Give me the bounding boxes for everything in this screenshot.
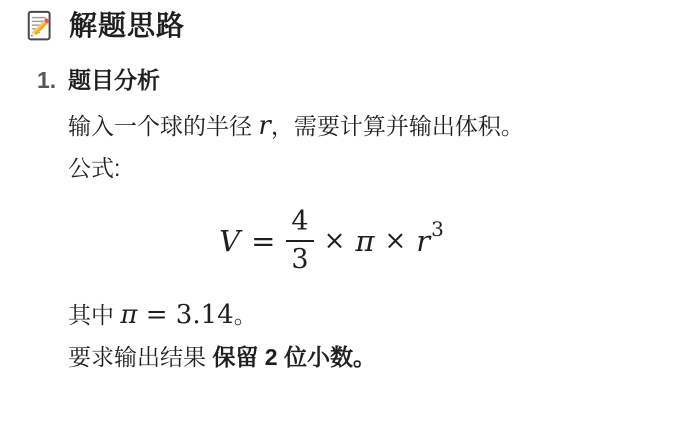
paragraph-formula-label: 公式: (68, 153, 595, 183)
list-marker: 1. (25, 66, 68, 384)
text-after-var: ，需要计算并输出体积。 (271, 113, 524, 139)
page-title: 解题思路 (69, 7, 185, 45)
fraction-numerator: 4 (286, 207, 313, 242)
times-sign: × (324, 226, 346, 256)
formula-base-r: r (416, 224, 430, 258)
paragraph-pi-value: 其中 π = 3.14。 (68, 300, 595, 330)
section-header: 解题思路 (25, 7, 697, 45)
memo-icon (25, 8, 55, 44)
item-heading: 题目分析 (68, 66, 595, 94)
formula-lhs: V (219, 224, 240, 258)
pi-value: = 3.14 (137, 300, 233, 330)
paragraph-requirement: 要求输出结果 保留 2 位小数。 (68, 342, 595, 372)
fraction-denominator: 3 (291, 242, 308, 275)
problem-analysis-content: 题目分析 输入一个球的半径 r，需要计算并输出体积。 公式: V = 4 3 ×… (68, 66, 595, 384)
text-before-pi: 其中 (68, 302, 120, 328)
formula-exponent: 3 (431, 217, 444, 241)
text-before-var: 输入一个球的半径 (68, 113, 258, 139)
text-after-pi: 。 (234, 302, 257, 328)
math-var-r: r (258, 111, 270, 141)
formula-row: V = 4 3 × π × r 3 (219, 207, 444, 274)
requirement-normal: 要求输出结果 (68, 344, 212, 370)
paragraph-radius: 输入一个球的半径 r，需要计算并输出体积。 (68, 111, 595, 141)
pi-inline: π (120, 300, 137, 330)
pi-symbol: π (355, 224, 374, 258)
equals-sign: = (251, 224, 275, 258)
times-sign: × (384, 226, 406, 256)
requirement-bold: 保留 2 位小数。 (212, 344, 376, 370)
document: 解题思路 1. 题目分析 输入一个球的半径 r，需要计算并输出体积。 公式: V… (0, 0, 697, 384)
problem-analysis-section: 1. 题目分析 输入一个球的半径 r，需要计算并输出体积。 公式: V = 4 … (25, 66, 697, 384)
display-formula: V = 4 3 × π × r 3 (68, 207, 595, 274)
fraction: 4 3 (286, 207, 313, 274)
